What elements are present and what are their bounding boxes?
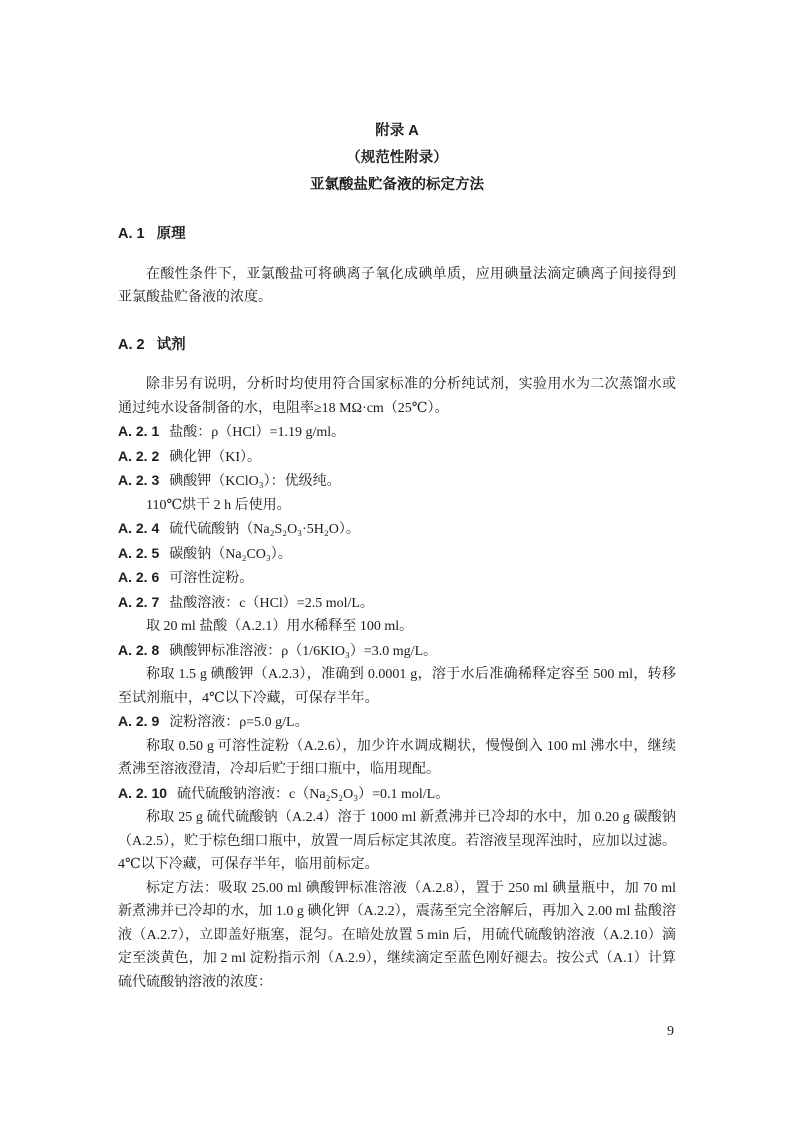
clause-number: A. 2. 9	[118, 713, 159, 729]
clause-number: A. 2. 6	[118, 569, 159, 585]
paragraph: 称取 1.5 g 碘酸钾（A.2.3），准确到 0.0001 g，溶于水后准确稀…	[118, 663, 676, 710]
clause-number: A. 2. 3	[118, 472, 159, 488]
clause-text: 盐酸：ρ（HCl）=1.19 g/ml。	[169, 425, 345, 440]
clause-text: 淀粉溶液：ρ=5.0 g/L。	[169, 715, 308, 730]
paragraph: 标定方法：吸取 25.00 ml 碘酸钾标准溶液（A.2.8），置于 250 m…	[118, 877, 676, 995]
paragraph: 称取 0.50 g 可溶性淀粉（A.2.6），加少许水调成糊状，慢慢倒入 100…	[118, 735, 676, 782]
page-number: 9	[667, 1022, 674, 1042]
clause-text: 碘化钾（KI）。	[169, 450, 261, 465]
appendix-label: 附录 A	[118, 118, 676, 145]
clause-number: A. 2. 8	[118, 642, 159, 658]
clause: A. 2. 3碘酸钾（KClO₃）：优级纯。	[118, 469, 676, 494]
section-number: A. 2	[118, 337, 145, 353]
clause: A. 2. 6可溶性淀粉。	[118, 566, 676, 591]
section-title: 试剂	[157, 337, 186, 353]
section-heading: A. 1原理	[118, 223, 676, 247]
document-page: 附录 A （规范性附录） 亚氯酸盐贮备液的标定方法 A. 1原理在酸性条件下，亚…	[0, 0, 794, 1123]
clause: A. 2. 9淀粉溶液：ρ=5.0 g/L。	[118, 710, 676, 735]
clause-number: A. 2. 2	[118, 448, 159, 464]
paragraph: 在酸性条件下，亚氯酸盐可将碘离子氧化成碘单质，应用碘量法滴定碘离子间接得到亚氯酸…	[118, 263, 676, 310]
clause-number: A. 2. 10	[118, 785, 167, 801]
document-body: A. 1原理在酸性条件下，亚氯酸盐可将碘离子氧化成碘单质，应用碘量法滴定碘离子间…	[118, 223, 676, 994]
document-content: 附录 A （规范性附录） 亚氯酸盐贮备液的标定方法 A. 1原理在酸性条件下，亚…	[118, 118, 676, 994]
section-title: 原理	[157, 226, 186, 242]
clause: A. 2. 7盐酸溶液：c（HCl）=2.5 mol/L。	[118, 591, 676, 616]
section-number: A. 1	[118, 226, 145, 242]
clause-text: 碳酸钠（Na₂CO₃）。	[169, 547, 292, 562]
clause: A. 2. 1盐酸：ρ（HCl）=1.19 g/ml。	[118, 420, 676, 445]
clause-text: 碘酸钾标准溶液：ρ（1/6KIO₃）=3.0 mg/L。	[169, 644, 437, 659]
clause: A. 2. 2碘化钾（KI）。	[118, 445, 676, 470]
paragraph: 110℃烘干 2 h 后使用。	[118, 494, 676, 518]
clause-number: A. 2. 5	[118, 545, 159, 561]
appendix-title: 亚氯酸盐贮备液的标定方法	[118, 172, 676, 199]
clause: A. 2. 10硫代硫酸钠溶液：c（Na₂S₂O₃）=0.1 mol/L。	[118, 782, 676, 807]
clause: A. 2. 4硫代硫酸钠（Na₂S₂O₃·5H₂O）。	[118, 517, 676, 542]
clause-text: 硫代硫酸钠（Na₂S₂O₃·5H₂O）。	[169, 522, 360, 537]
clause-number: A. 2. 1	[118, 423, 159, 439]
paragraph: 称取 25 g 硫代硫酸钠（A.2.4）溶于 1000 ml 新煮沸并已冷却的水…	[118, 806, 676, 877]
clause-text: 硫代硫酸钠溶液：c（Na₂S₂O₃）=0.1 mol/L。	[177, 787, 449, 802]
clause-number: A. 2. 4	[118, 520, 159, 536]
clause-text: 可溶性淀粉。	[169, 571, 253, 586]
section-heading: A. 2试剂	[118, 334, 676, 358]
paragraph: 取 20 ml 盐酸（A.2.1）用水稀释至 100 ml。	[118, 615, 676, 639]
clause-number: A. 2. 7	[118, 594, 159, 610]
appendix-type: （规范性附录）	[118, 145, 676, 172]
clause: A. 2. 8碘酸钾标准溶液：ρ（1/6KIO₃）=3.0 mg/L。	[118, 639, 676, 664]
paragraph: 除非另有说明，分析时均使用符合国家标准的分析纯试剂，实验用水为二次蒸馏水或通过纯…	[118, 373, 676, 420]
clause-text: 盐酸溶液：c（HCl）=2.5 mol/L。	[169, 596, 374, 611]
clause: A. 2. 5碳酸钠（Na₂CO₃）。	[118, 542, 676, 567]
appendix-header: 附录 A （规范性附录） 亚氯酸盐贮备液的标定方法	[118, 118, 676, 199]
clause-text: 碘酸钾（KClO₃）：优级纯。	[169, 474, 340, 489]
